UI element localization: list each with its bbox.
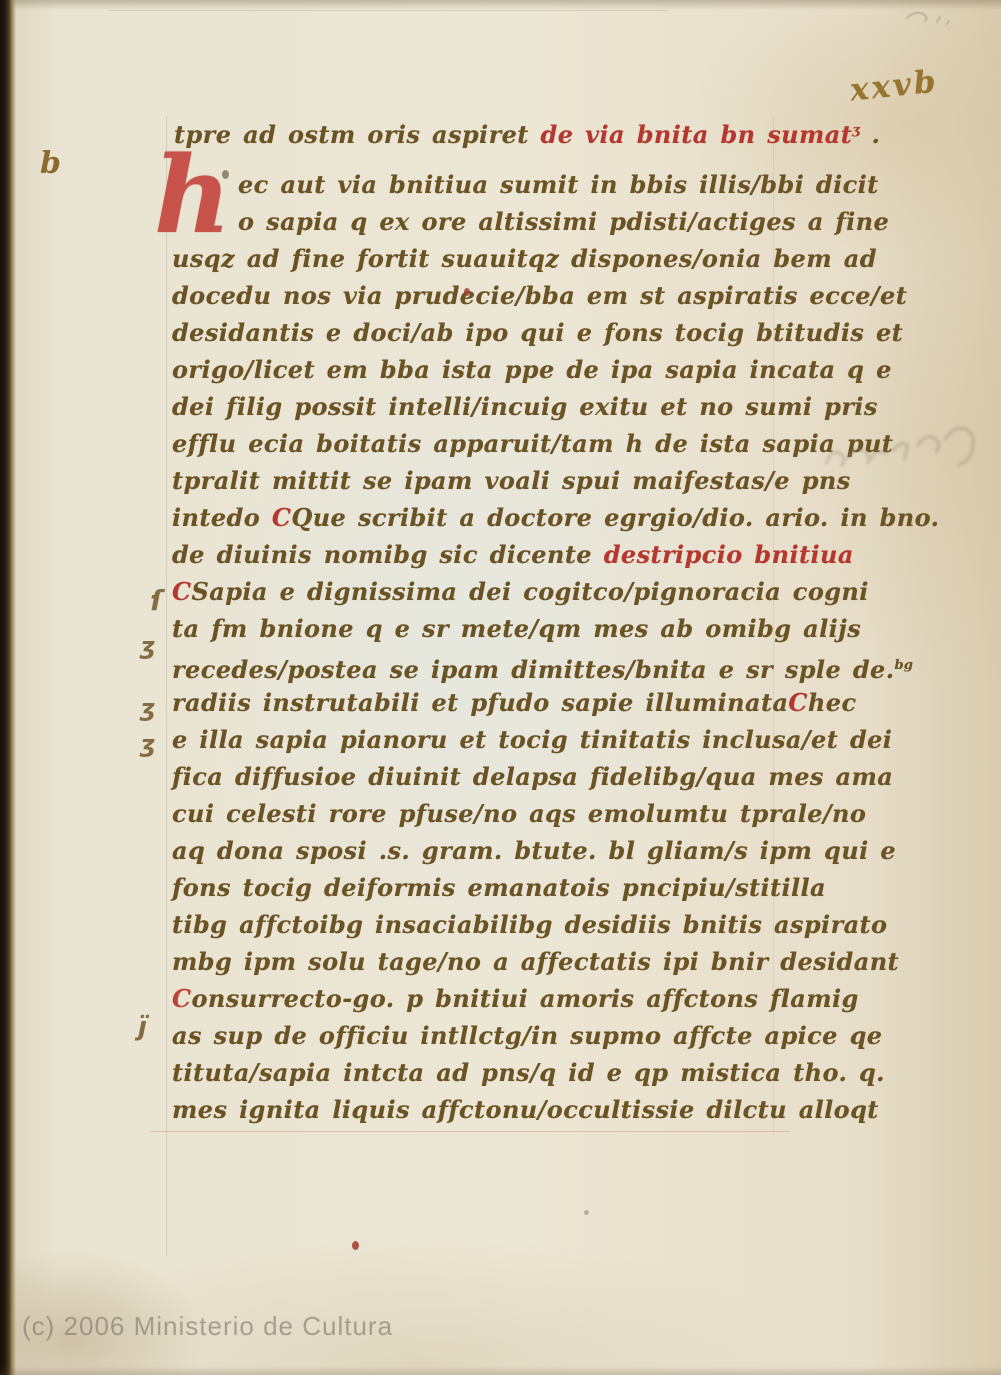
- text-line: aq dona sposi .s. gram. btute. bl gliam/…: [172, 832, 776, 869]
- text-line: dei filig possit intelli/incuig exitu et…: [172, 388, 776, 425]
- text-line: desidantis e doci/ab ipo qui e fons toci…: [172, 314, 776, 351]
- ruling-line-horizontal-top: [108, 10, 668, 11]
- binding-edge: [0, 0, 16, 1375]
- rubric-text: destripcio bnitiua: [604, 540, 854, 569]
- body-text: .: [860, 120, 881, 149]
- margin-nota-mark: j̈: [138, 1012, 147, 1042]
- text-line: de diuinis nomibg sic dicente destripcio…: [172, 536, 776, 573]
- ruling-line-horizontal-bottom: [150, 1131, 790, 1132]
- text-line: efflu ecia boitatis apparuit/tam h de is…: [172, 425, 776, 462]
- rubric-text: C: [788, 688, 808, 717]
- text-line: mes ignita liquis affctonu/occultissie d…: [172, 1091, 776, 1128]
- body-text: Sapia e dignissima dei cogitco/pignoraci…: [192, 577, 869, 606]
- ink-offset-ghost: [816, 406, 996, 493]
- text-line: o sapia q ex ore altissimi pdisti/actige…: [172, 203, 776, 240]
- body-text: fons tocig deiformis emanatois pncipiu/s…: [172, 873, 826, 902]
- rubric-superscript: ʒ: [852, 123, 860, 138]
- body-text: as sup de officiu intllctg/in supmo affc…: [172, 1021, 882, 1050]
- body-text: mbg ipm solu tage/no a affectatis ipi bn…: [172, 947, 899, 976]
- rubric-text: C: [272, 503, 292, 532]
- ink-speck: [584, 1210, 589, 1215]
- body-text: intedo: [172, 503, 272, 532]
- body-text: tpralit mittit se ipam voali spui maifes…: [172, 466, 851, 495]
- text-line: docedu nos via prudecie/bba em st aspira…: [172, 277, 776, 314]
- body-text: tituta/sapia intcta ad pns/q id e qp mis…: [172, 1058, 885, 1087]
- text-column: ec aut via bnitiua sumit in bbis illis/b…: [172, 166, 776, 1128]
- ink-speck: [222, 170, 229, 179]
- body-text: mes ignita liquis affctonu/occultissie d…: [172, 1095, 879, 1124]
- body-text: hec: [808, 688, 857, 717]
- margin-bracket-mark: ſ: [150, 584, 162, 617]
- body-text: o sapia q ex ore altissimi pdisti/actige…: [238, 207, 889, 236]
- body-text: docedu nos via prudecie/bba em st aspira…: [172, 281, 907, 310]
- manuscript-page: xxvb b tpre ad ostm oris aspiret de via …: [0, 0, 1001, 1375]
- margin-squiggle-mark: ʒ: [140, 730, 155, 758]
- body-text: onsurrecto-go. p bnitiui amoris affctons…: [192, 984, 859, 1013]
- body-text: recedes/postea se ipam dimittes/bnita e …: [172, 655, 894, 684]
- text-line: cui celesti rore pfuse/no aqs emolumtu t…: [172, 795, 776, 832]
- text-line: fons tocig deiformis emanatois pncipiu/s…: [172, 869, 776, 906]
- body-text: e illa sapia pianoru et tocig tinitatis …: [172, 725, 892, 754]
- body-text: desidantis e doci/ab ipo qui e fons toci…: [172, 318, 903, 347]
- margin-squiggle-mark: ʒ: [140, 632, 155, 660]
- text-line: tibg affctoibg insaciabilibg desidiis bn…: [172, 906, 776, 943]
- body-text: usqz ad fine fortit suauitqz dispones/on…: [172, 244, 877, 273]
- body-text: aq dona sposi .s. gram. btute. bl gliam/…: [172, 836, 896, 865]
- text-line: Consurrecto-go. p bnitiui amoris affcton…: [172, 980, 776, 1017]
- text-line: ta fm bnione q e sr mete/qm mes ab omibg…: [172, 610, 776, 647]
- text-line: usqz ad fine fortit suauitqz dispones/on…: [172, 240, 776, 277]
- text-line: fica diffusioe diuinit delapsa fidelibg/…: [172, 758, 776, 795]
- body-text: ta fm bnione q e sr mete/qm mes ab omibg…: [172, 614, 861, 643]
- body-text: dei filig possit intelli/incuig exitu et…: [172, 392, 878, 421]
- red-dot-mark: [352, 1241, 359, 1250]
- copyright-watermark: (c) 2006 Ministerio de Cultura: [22, 1311, 393, 1342]
- margin-squiggle-mark: ʒ: [140, 694, 155, 722]
- body-text: ec aut via bnitiua sumit in bbis illis/b…: [238, 170, 879, 199]
- body-text: cui celesti rore pfuse/no aqs emolumtu t…: [172, 799, 866, 828]
- text-line: ec aut via bnitiua sumit in bbis illis/b…: [172, 166, 776, 203]
- quire-signature-mark: b: [40, 146, 61, 181]
- rubric-text: de via bnita bn sumat: [541, 120, 853, 149]
- text-line: intedo CQue scribit a doctore egrgio/dio…: [172, 499, 776, 536]
- body-text: efflu ecia boitatis apparuit/tam h de is…: [172, 429, 893, 458]
- text-line: recedes/postea se ipam dimittes/bnita e …: [172, 647, 776, 684]
- text-line: as sup de officiu intllctg/in supmo affc…: [172, 1017, 776, 1054]
- body-text: fica diffusioe diuinit delapsa fidelibg/…: [172, 762, 893, 791]
- folio-number: xxvb: [848, 63, 940, 108]
- body-text: bg: [894, 658, 912, 673]
- text-line: tpralit mittit se ipam voali spui maifes…: [172, 462, 776, 499]
- rubric-text: C: [172, 984, 192, 1013]
- red-ink-fill-dot: [464, 288, 470, 296]
- pencil-mark: [903, 6, 963, 30]
- body-text: de diuinis nomibg sic dicente: [172, 540, 604, 569]
- body-text: tibg affctoibg insaciabilibg desidiis bn…: [172, 910, 887, 939]
- text-line: mbg ipm solu tage/no a affectatis ipi bn…: [172, 943, 776, 980]
- rubric-text: C: [172, 577, 192, 606]
- text-line: tituta/sapia intcta ad pns/q id e qp mis…: [172, 1054, 776, 1091]
- text-line: e illa sapia pianoru et tocig tinitatis …: [172, 721, 776, 758]
- text-line: radiis instrutabili et pfudo sapie illum…: [172, 684, 776, 721]
- ruling-line-vertical-left: [166, 116, 167, 1256]
- body-text: radiis instrutabili et pfudo sapie illum…: [172, 688, 788, 717]
- body-text: Que scribit a doctore egrgio/dio. ario. …: [291, 503, 939, 532]
- body-text: origo/licet em bba ista ppe de ipa sapia…: [172, 355, 892, 384]
- text-line: origo/licet em bba ista ppe de ipa sapia…: [172, 351, 776, 388]
- rubric-header-line: tpre ad ostm oris aspiret de via bnita b…: [174, 120, 880, 156]
- text-line: CSapia e dignissima dei cogitco/pignorac…: [172, 573, 776, 610]
